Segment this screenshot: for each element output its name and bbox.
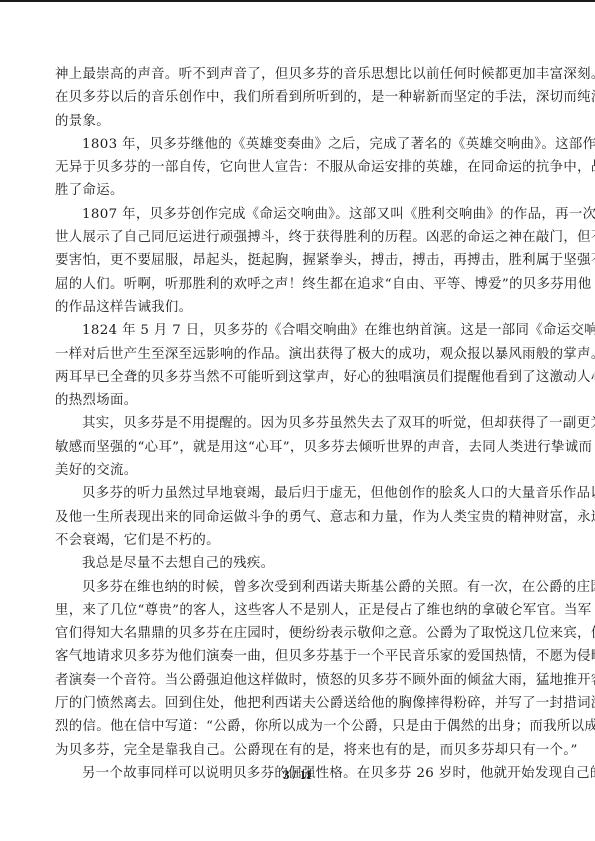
text-line: 客气地请求贝多芬为他们演奏一曲，但贝多芬基于一个平民音乐家的爱国热情，不愿为侵略 <box>55 645 545 668</box>
text-line: 美好的交流。 <box>55 459 545 482</box>
page-number: 3 / 11 <box>0 767 595 783</box>
text-line: 烈的信。他在信中写道：“公爵，你所以成为一个公爵，只是由于偶然的出身；而我所以成 <box>55 715 545 738</box>
text-line: 要害怕，更不要屈服，昂起头，挺起胸，握紧拳头，搏击，搏击，再搏击，胜利属于坚强不 <box>55 249 545 272</box>
text-line: 者演奏一个音符。当公爵强迫他这样做时，愤怒的贝多芬不顾外面的倾盆大雨，猛地推开客 <box>55 669 545 692</box>
text-line: 1824 年 5 月 7 日，贝多芬的《合唱交响曲》在维也纳首演。这是一部同《命… <box>55 319 545 342</box>
paragraph: 1807 年，贝多芬创作完成《命运交响曲》。这部又叫《胜利交响曲》的作品，再一次… <box>55 203 545 319</box>
paragraph: 1824 年 5 月 7 日，贝多芬的《合唱交响曲》在维也纳首演。这是一部同《命… <box>55 319 545 412</box>
text-line: 屈的人们。听啊，听那胜利的欢呼之声！终生都在追求“自由、平等、博爱”的贝多芬用他 <box>55 273 545 296</box>
text-line: 世人展示了自己同厄运进行顽强搏斗，终于获得胜利的历程。凶恶的命运之神在敲门，但不 <box>55 226 545 249</box>
text-line: 厅的门愤然离去。回到住处，他把利西诺夫公爵送给他的胸像摔得粉碎，并写了一封措词激 <box>55 692 545 715</box>
text-line: 两耳早已全聋的贝多芬当然不可能听到这掌声，好心的独唱演员们提醒他看到了这激动人心 <box>55 366 545 389</box>
text-line: 无异于贝多芬的一部自传，它向世人宣告：不服从命运安排的英雄，在同命运的抗争中，战 <box>55 156 545 179</box>
paragraph: 贝多芬的听力虽然过早地衰竭，最后归于虚无，但他创作的脍炙人口的大量音乐作品以 及… <box>55 482 545 552</box>
paragraph: 神上最崇高的声音。听不到声音了，但贝多芬的音乐思想比以前任何时候都更加丰富深刻。… <box>55 63 545 133</box>
paragraph: 1803 年，贝多芬继他的《英雄变奏曲》之后，完成了著名的《英雄交响曲》。这部作… <box>55 133 545 203</box>
text-line: 神上最崇高的声音。听不到声音了，但贝多芬的音乐思想比以前任何时候都更加丰富深刻。 <box>55 63 545 86</box>
text-line: 一样对后世产生至深至远影响的作品。演出获得了极大的成功，观众报以暴风雨般的掌声。 <box>55 343 545 366</box>
text-line: 的热烈场面。 <box>55 389 545 412</box>
text-line: 胜了命运。 <box>55 179 545 202</box>
text-line: 为贝多芬，完全是靠我自己。公爵现在有的是，将来也有的是，而贝多芬却只有一个。” <box>55 739 545 762</box>
text-line: 里，来了几位“尊贵”的客人，这些客人不是别人，正是侵占了维也纳的拿破仑军官。当军 <box>55 599 545 622</box>
text-line: 及他一生所表现出来的同命运做斗争的勇气、意志和力量，作为人类宝贵的精神财富，永远 <box>55 506 545 529</box>
text-line: 1803 年，贝多芬继他的《英雄变奏曲》之后，完成了著名的《英雄交响曲》。这部作… <box>55 133 545 156</box>
text-line: 敏感而坚强的“心耳”，就是用这“心耳”，贝多芬去倾听世界的声音，去同人类进行挚诚… <box>55 436 545 459</box>
document-body: 神上最崇高的声音。听不到声音了，但贝多芬的音乐思想比以前任何时候都更加丰富深刻。… <box>55 63 545 785</box>
text-line: 我总是尽量不去想自己的残疾。 <box>55 552 545 575</box>
text-line: 贝多芬的听力虽然过早地衰竭，最后归于虚无，但他创作的脍炙人口的大量音乐作品以 <box>55 482 545 505</box>
text-line: 的景象。 <box>55 110 545 133</box>
page-top-border <box>0 0 595 2</box>
paragraph: 其实，贝多芬是不用提醒的。因为贝多芬虽然失去了双耳的听觉，但却获得了一副更为 敏… <box>55 412 545 482</box>
text-line: 在贝多芬以后的音乐创作中，我们所看到所听到的，是一种崭新而坚定的手法，深切而纯洁 <box>55 86 545 109</box>
text-line: 的作品这样告诫我们。 <box>55 296 545 319</box>
paragraph: 贝多芬在维也纳的时候，曾多次受到利西诺夫斯基公爵的关照。有一次，在公爵的庄园 里… <box>55 576 545 762</box>
text-line: 不会衰竭，它们是不朽的。 <box>55 529 545 552</box>
text-line: 1807 年，贝多芬创作完成《命运交响曲》。这部又叫《胜利交响曲》的作品，再一次… <box>55 203 545 226</box>
text-line: 其实，贝多芬是不用提醒的。因为贝多芬虽然失去了双耳的听觉，但却获得了一副更为 <box>55 412 545 435</box>
paragraph: 我总是尽量不去想自己的残疾。 <box>55 552 545 575</box>
text-line: 贝多芬在维也纳的时候，曾多次受到利西诺夫斯基公爵的关照。有一次，在公爵的庄园 <box>55 576 545 599</box>
text-line: 官们得知大名鼎鼎的贝多芬在庄园时，便纷纷表示敬仰之意。公爵为了取悦这几位来宾，便 <box>55 622 545 645</box>
